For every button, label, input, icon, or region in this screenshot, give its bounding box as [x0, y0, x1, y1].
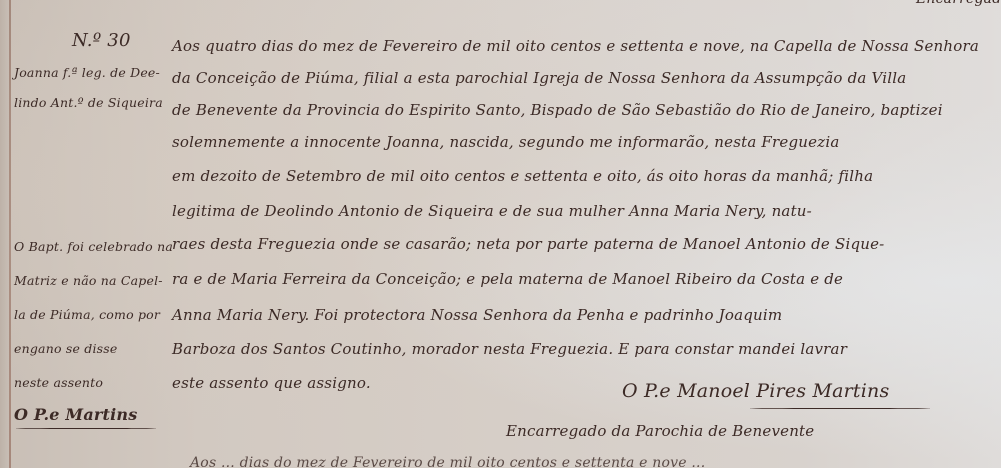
- entry-line: da Conceição de Piúma, filial a esta par…: [172, 69, 906, 87]
- entry-line: Aos quatro dias do mez de Fevereiro de m…: [172, 37, 979, 55]
- entry-line: de Benevente da Provincia do Espirito Sa…: [172, 101, 943, 119]
- margin-rule-line: [9, 0, 11, 468]
- margin-note-line: Matriz e não na Capel-: [14, 264, 164, 298]
- margin-note-line: O Bapt. foi celebrado na: [14, 230, 164, 264]
- margin-entry-header: N.º 30 Joanna f.ª leg. de Dee- lindo Ant…: [14, 24, 164, 118]
- margin-subject-line: lindo Ant.º de Siqueira: [14, 88, 164, 118]
- entry-line: Anna Maria Nery. Foi protectora Nossa Se…: [172, 306, 782, 324]
- priest-title: Encarregado da Parochia de Benevente: [506, 422, 814, 440]
- margin-note-line: la de Piúma, como por: [14, 298, 164, 332]
- entry-line: Barboza dos Santos Coutinho, morador nes…: [172, 340, 847, 358]
- margin-note-signature: O P.e Martins: [14, 400, 164, 430]
- priest-signature: O P.e Manoel Pires Martins: [622, 380, 889, 402]
- margin-subject-line: Joanna f.ª leg. de Dee-: [14, 58, 164, 88]
- entry-line: este assento que assigno.: [172, 374, 371, 392]
- margin-note-line: neste assento: [14, 366, 164, 400]
- previous-page-edge: [0, 0, 9, 468]
- entry-line: raes desta Freguezia onde se casarão; ne…: [172, 235, 884, 253]
- entry-line: legitima de Deolindo Antonio de Siqueira…: [172, 202, 812, 220]
- entry-line: ra e de Maria Ferreira da Conceição; e p…: [172, 270, 843, 288]
- manuscript-page: Encarregado N.º 30 Joanna f.ª leg. de De…: [0, 0, 1001, 468]
- top-cutoff-text: Encarregado: [916, 0, 1001, 7]
- margin-note-line: engano se disse: [14, 332, 164, 366]
- entry-number: N.º 30: [14, 24, 164, 58]
- entry-line: solemnemente a innocente Joanna, nascida…: [172, 133, 839, 151]
- margin-signature-underline: [16, 428, 156, 429]
- signature-flourish: [750, 408, 930, 409]
- entry-line: em dezoito de Setembro de mil oito cento…: [172, 167, 873, 185]
- margin-correction-note: O Bapt. foi celebrado na Matriz e não na…: [14, 230, 164, 430]
- bottom-cutoff-text: Aos ... dias do mez de Fevereiro de mil …: [190, 455, 705, 468]
